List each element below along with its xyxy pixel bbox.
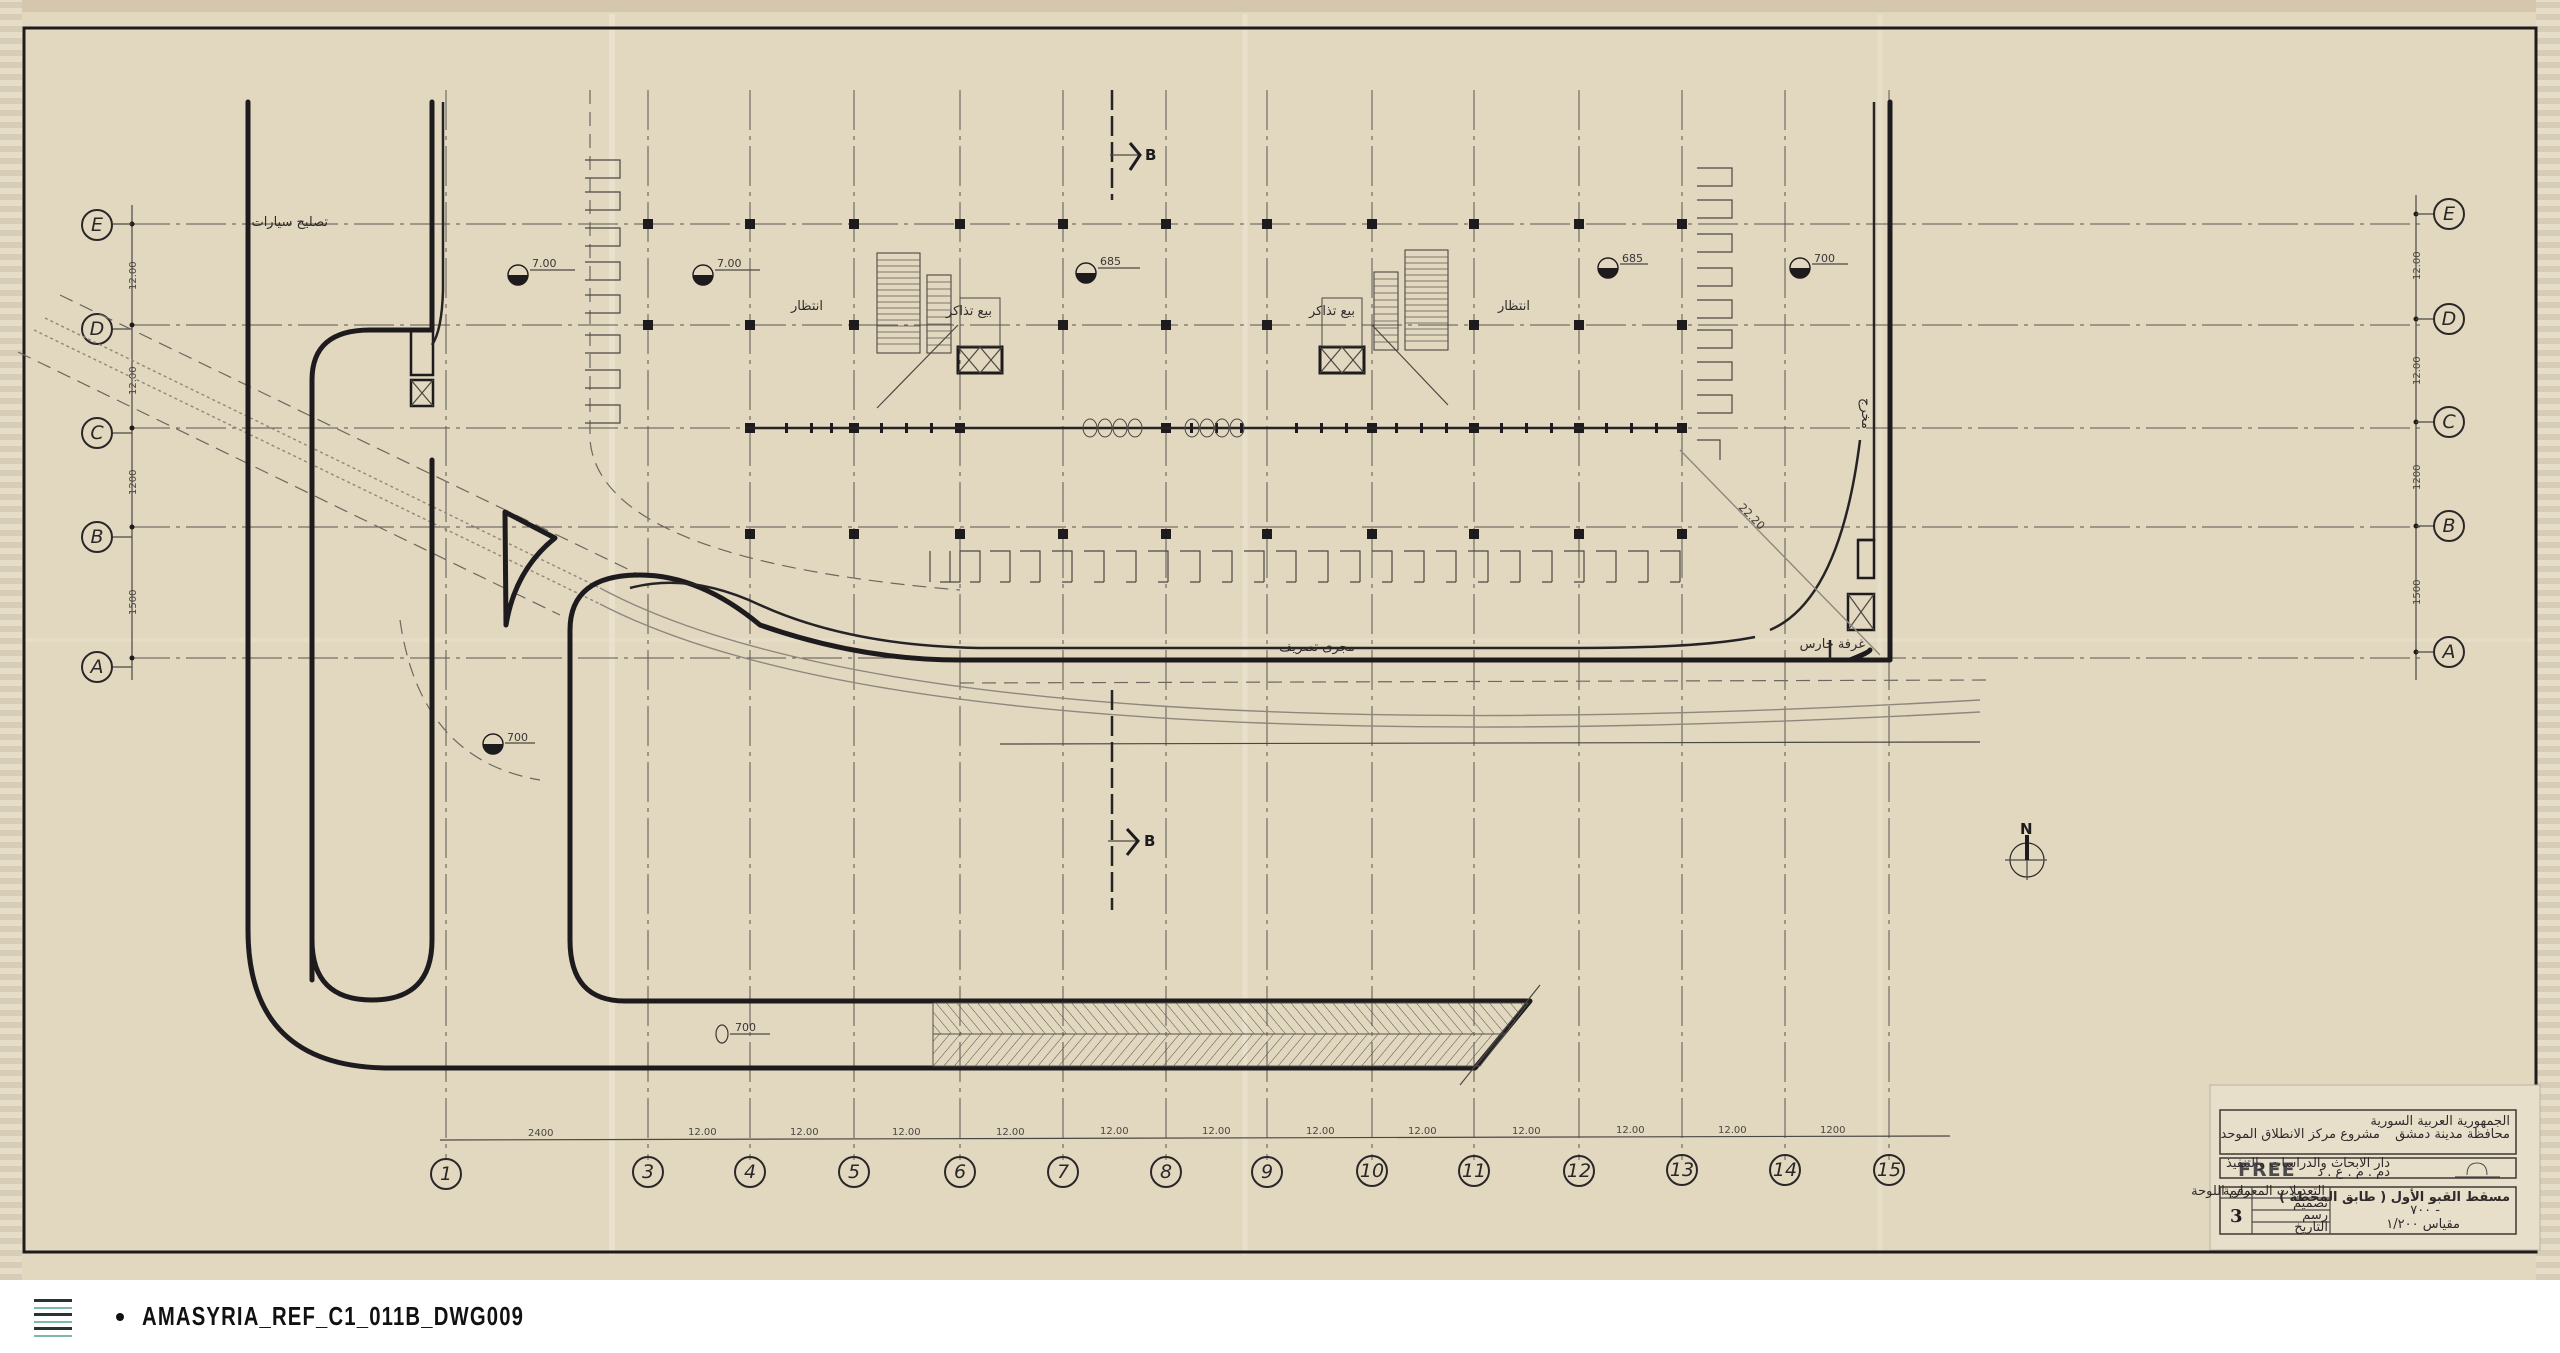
svg-text:3: 3 (642, 1161, 654, 1183)
row-dim-right-3: 1200 (2412, 465, 2423, 490)
sheet-scale: مقياس ١/٢٠٠ (2386, 1217, 2460, 1232)
svg-text:N: N (2020, 820, 2033, 838)
svg-text:B: B (1145, 146, 1156, 164)
svg-text:700: 700 (735, 1021, 756, 1034)
grid-bubble-12: 12 (1564, 1156, 1594, 1186)
bullet-icon (116, 1313, 124, 1321)
svg-text:685: 685 (1622, 252, 1643, 265)
stair-core-left (877, 253, 1002, 408)
level-marker-7: 700 (716, 1021, 770, 1043)
grid-bubble-B-left: B (82, 522, 112, 552)
grid-bubble-E-left: E (82, 210, 112, 240)
grid-bubble-D-right: D (2434, 304, 2464, 334)
parking-stalls-right (1697, 168, 1732, 460)
label-car-repair: تصليح سيارات (251, 215, 328, 230)
grid-bubble-7: 7 (1048, 1157, 1078, 1187)
arabic-calligraphy-logo-icon (34, 1299, 72, 1337)
level-marker-4: 685 (1598, 252, 1648, 278)
level-marker-5: 700 (1790, 252, 1848, 278)
title-governorate: محافظة مدينة دمشق (2395, 1127, 2510, 1142)
grid-bubble-C-left: C (82, 418, 112, 448)
col-dim-3: 12.00 (790, 1127, 819, 1138)
svg-text:B: B (2442, 515, 2455, 537)
svg-text:685: 685 (1100, 255, 1121, 268)
platform-edge-row-c (745, 419, 1682, 437)
svg-text:7.00: 7.00 (532, 257, 557, 270)
right-service-rooms: 22.20 (1680, 450, 1880, 660)
title-block: الجمهورية العربية السورية محافظة مدينة د… (2191, 1085, 2540, 1250)
label-ticket-right: بيع تذاكر (1308, 304, 1355, 319)
row-dim-left-4: 1500 (128, 590, 139, 615)
grid-bubble-6: 6 (945, 1157, 975, 1187)
grid-bubble-C-right: C (2434, 407, 2464, 437)
svg-text:6: 6 (954, 1161, 966, 1183)
svg-text:13: 13 (1670, 1159, 1694, 1181)
svg-text:C: C (90, 422, 104, 444)
col-dim-1: 2400 (528, 1128, 553, 1139)
grid-bubble-E-right: E (2434, 199, 2464, 229)
perimeter-walls (248, 102, 1890, 1068)
svg-text:11: 11 (1462, 1160, 1486, 1182)
label-waiting-left: انتظار (790, 299, 823, 314)
grid-bubble-15: 15 (1874, 1155, 1904, 1185)
grid-bubble-4: 4 (735, 1157, 765, 1187)
label-waiting-right: انتظار (1497, 299, 1530, 314)
col-dim-9: 12.00 (1408, 1126, 1437, 1137)
svg-text:700: 700 (1814, 252, 1835, 265)
svg-text:5: 5 (848, 1161, 860, 1183)
col-dim-6: 12.00 (1100, 1126, 1129, 1137)
grid-bubble-11: 11 (1459, 1156, 1489, 1186)
svg-text:A: A (89, 656, 104, 678)
dashed-boundary-curve-2 (400, 620, 540, 780)
grid-bubble-A-left: A (82, 652, 112, 682)
level-marker-6: 700 (483, 731, 535, 754)
grid-bubble-1: 1 (431, 1159, 461, 1189)
svg-text:A: A (2441, 641, 2456, 663)
label-exit: مخرج (1858, 398, 1873, 429)
svg-text:14: 14 (1773, 1159, 1797, 1181)
dashed-boundary-curve (590, 90, 960, 590)
left-service-rooms (411, 102, 443, 406)
grid-bubble-10: 10 (1357, 1156, 1387, 1186)
svg-text:D: D (2442, 308, 2457, 330)
svg-text:E: E (91, 214, 103, 236)
row-grid-lines (130, 224, 2420, 658)
svg-text:E: E (2443, 203, 2455, 225)
col-dim-13: 1200 (1820, 1125, 1845, 1136)
svg-text:15: 15 (1877, 1159, 1901, 1181)
stair-core-right (1320, 250, 1448, 405)
grid-bubble-8: 8 (1151, 1157, 1181, 1187)
row-dim-left-1: 12.00 (128, 261, 139, 290)
grid-bubble-9: 9 (1252, 1157, 1282, 1187)
grid-bubble-5: 5 (839, 1157, 869, 1187)
svg-text:12: 12 (1567, 1160, 1591, 1182)
archive-reference-id: AMASYRIA_REF_C1_011B_DWG009 (142, 1301, 524, 1332)
col-dim-10: 12.00 (1512, 1126, 1541, 1137)
row-dim-left-3: 1200 (128, 470, 139, 495)
col-dim-12: 12.00 (1718, 1125, 1747, 1136)
section-marker-top: B (1110, 90, 1156, 200)
svg-text:1: 1 (440, 1163, 452, 1185)
col-dim-11: 12.00 (1616, 1125, 1645, 1136)
north-arrow-icon: N (2005, 820, 2047, 880)
archive-footer: AMASYRIA_REF_C1_011B_DWG009 (0, 1280, 2560, 1353)
label-guard-corner: غرفة حارس (1800, 637, 1866, 652)
structural-columns (643, 219, 1687, 539)
col-dim-7: 12.00 (1202, 1126, 1231, 1137)
svg-text:B: B (90, 526, 103, 548)
svg-text:7: 7 (1057, 1161, 1069, 1183)
svg-text:7.00: 7.00 (717, 257, 742, 270)
svg-text:9: 9 (1261, 1161, 1273, 1183)
grid-bubble-13: 13 (1667, 1155, 1697, 1185)
section-marker-bottom: B (1108, 690, 1155, 910)
row-bubbles-right: E D C B A (2416, 199, 2464, 667)
title-project: مشروع مركز الانطلاق الموحد (2221, 1127, 2380, 1142)
row-dim-right-4: 1500 (2412, 580, 2423, 605)
svg-text:8: 8 (1160, 1161, 1172, 1183)
firm-sub: دم . م . ع . د (2317, 1165, 2390, 1180)
svg-text:700: 700 (507, 731, 528, 744)
svg-text:B: B (1144, 832, 1155, 850)
parking-stalls-bottom (930, 551, 1680, 582)
label-ticket-left: بيع تذاكر (945, 304, 992, 319)
row-dim-right-1: 12.00 (2412, 251, 2423, 280)
grid-bubble-B-right: B (2434, 511, 2464, 541)
grid-bubble-3: 3 (633, 1157, 663, 1187)
triangle-island (505, 512, 555, 625)
svg-text:D: D (90, 318, 105, 340)
dimension-lines: 12.00 12.00 1200 1500 12.00 12.00 1200 1… (128, 195, 2423, 1140)
col-dim-4: 12.00 (892, 1127, 921, 1138)
svg-text:4: 4 (744, 1161, 756, 1183)
level-marker-1: 7.00 (508, 257, 575, 285)
grid-bubble-14: 14 (1770, 1155, 1800, 1185)
arabic-annotations: تصليح سيارات انتظار انتظار بيع تذاكر بيع… (251, 215, 1873, 655)
col-dim-5: 12.00 (996, 1127, 1025, 1138)
column-bubbles: 1 3 4 5 6 7 8 9 10 11 12 13 14 15 (431, 1155, 1904, 1189)
drawing-sheet: 12.00 12.00 1200 1500 12.00 12.00 1200 1… (0, 0, 2560, 1280)
sheet-level: - ٧٠٠ (2410, 1203, 2440, 1218)
level-marker-3: 685 (1076, 255, 1140, 283)
col-dim-8: 12.00 (1306, 1126, 1335, 1137)
grid-bubble-A-right: A (2434, 637, 2464, 667)
floor-plan-drawing: 12.00 12.00 1200 1500 12.00 12.00 1200 1… (0, 0, 2560, 1280)
svg-text:10: 10 (1360, 1160, 1384, 1182)
svg-text:التاريخ: التاريخ (2294, 1220, 2328, 1235)
sheet-number: 3 (2230, 1206, 2243, 1227)
radius-dimension-label: 22.20 (1736, 501, 1767, 532)
row-bubbles-left: E D C B A (82, 210, 132, 682)
svg-text:C: C (2442, 411, 2456, 433)
col-dim-2: 12.00 (688, 1127, 717, 1138)
label-drainage: مجرى تصريف (1279, 640, 1355, 655)
row-dim-right-2: 12.00 (2412, 356, 2423, 385)
